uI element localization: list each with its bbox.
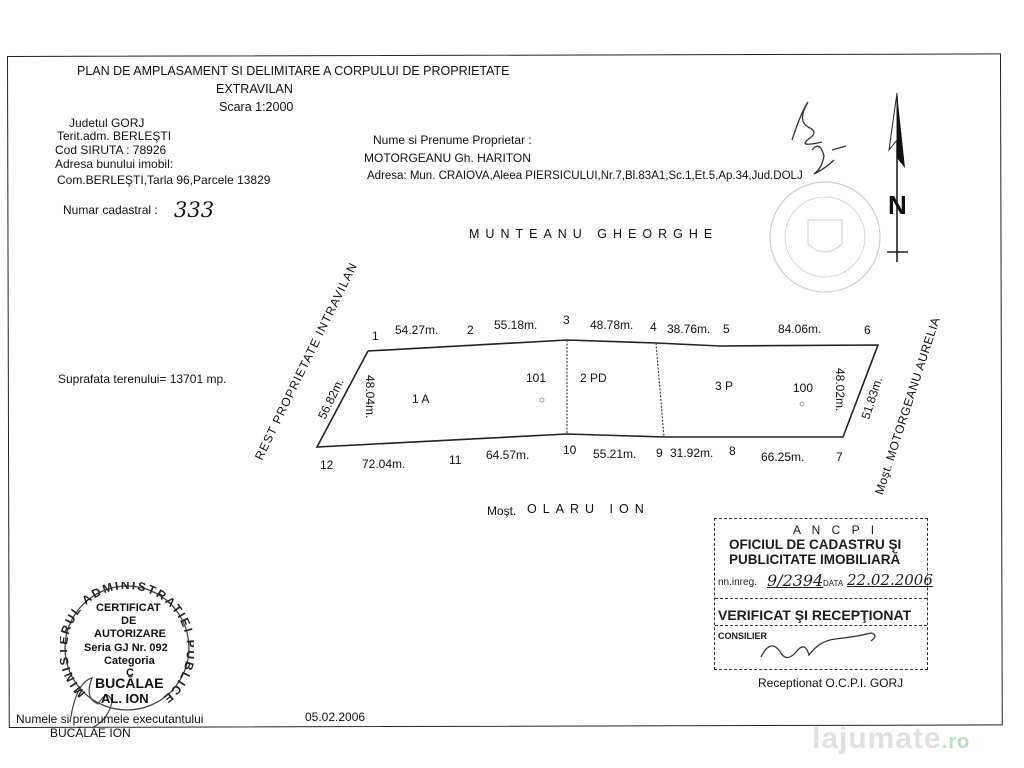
owner-signature: [792, 102, 846, 174]
site-watermark: lajumate.ro: [812, 722, 970, 756]
executor-name: BUCĂLAE ION: [50, 726, 131, 740]
segment-8-7: 66.25m.: [761, 450, 804, 464]
point-11: 11: [449, 453, 462, 467]
stamp-divider: [715, 598, 927, 599]
seal-ring-text-arc: MINISTERUL ADMINISTRATIEI PUBLICE: [60, 582, 194, 716]
point-1: 1: [372, 329, 379, 343]
stamp-office-line1: OFICIUL DE CADASTRU ŞI: [729, 537, 901, 552]
point-7: 7: [836, 450, 843, 464]
stamp-divider: [715, 625, 927, 626]
north-arrow-icon: [887, 93, 908, 262]
segment-3-4: 48.78m.: [590, 318, 633, 332]
segment-1-2: 54.27m.: [395, 323, 438, 337]
stamp-reg-number: 9/2394: [767, 571, 823, 590]
north-label: N: [888, 190, 907, 220]
executor-date: 05.02.2006: [305, 710, 365, 724]
ocpi-round-seal: [770, 182, 880, 292]
watermark-brand: lajumate: [812, 722, 942, 755]
segment-9-8: 31.92m.: [670, 446, 713, 460]
parcel-2PD: 2 PD: [580, 371, 607, 385]
point-5: 5: [723, 322, 730, 336]
parcel-3P: 3 P: [715, 379, 733, 393]
point-9: 9: [656, 446, 663, 460]
control-point-100: 100: [793, 381, 813, 395]
segment-11-10: 64.57m.: [486, 448, 529, 462]
side-east-inner: 48.02m.: [833, 368, 847, 411]
segment-2-3: 55.18m.: [494, 318, 537, 332]
segment-4-5: 38.76m.: [667, 322, 710, 336]
consilier-signature: [755, 631, 895, 665]
stamp-reg-label: nn.inreg.: [718, 577, 757, 588]
control-point-101: 101: [526, 371, 546, 385]
stamp-agency: A N C P I: [793, 523, 878, 537]
stamp-office-line2: PUBLICITATE IMOBILIARĂ: [729, 552, 900, 567]
stamp-date-label: DATA: [823, 579, 843, 588]
point-8: 8: [729, 444, 736, 458]
point-6: 6: [864, 323, 871, 337]
segment-5-6: 84.06m.: [778, 322, 821, 336]
point-10: 10: [563, 443, 577, 457]
point-2: 2: [467, 323, 474, 337]
side-west-inner: 48.04m.: [363, 375, 377, 418]
ocpi-reception-stamp: A N C P I OFICIUL DE CADASTRU ŞI PUBLICI…: [714, 518, 928, 670]
svg-text:MINISTERUL ADMINISTRATIEI PUBL: MINISTERUL ADMINISTRATIEI PUBLICE: [60, 582, 194, 707]
point-4: 4: [650, 320, 657, 334]
segment-10-9: 55.21m.: [593, 447, 636, 461]
side-east-outer: 51.83m.: [859, 375, 886, 421]
stamp-verified: VERIFICAT ŞI RECEPŢIONAT: [718, 607, 911, 623]
control-point-markers: [540, 398, 804, 406]
parcel-dividers: [567, 340, 664, 437]
parcel-1A: 1 A: [412, 392, 429, 406]
stamp-date-value: 22.02.2006: [847, 571, 933, 589]
seal-ring-textpath: MINISTERUL ADMINISTRATIEI PUBLICE: [60, 582, 194, 707]
watermark-tld: .ro: [942, 731, 971, 753]
point-12: 12: [320, 458, 334, 472]
point-3: 3: [563, 313, 570, 327]
stamp-received-by: Receptionat O.C.P.I. GORJ: [758, 676, 903, 690]
executor-label: Numele si prenumele executantului: [16, 712, 203, 726]
segment-12-11: 72.04m.: [362, 457, 405, 471]
